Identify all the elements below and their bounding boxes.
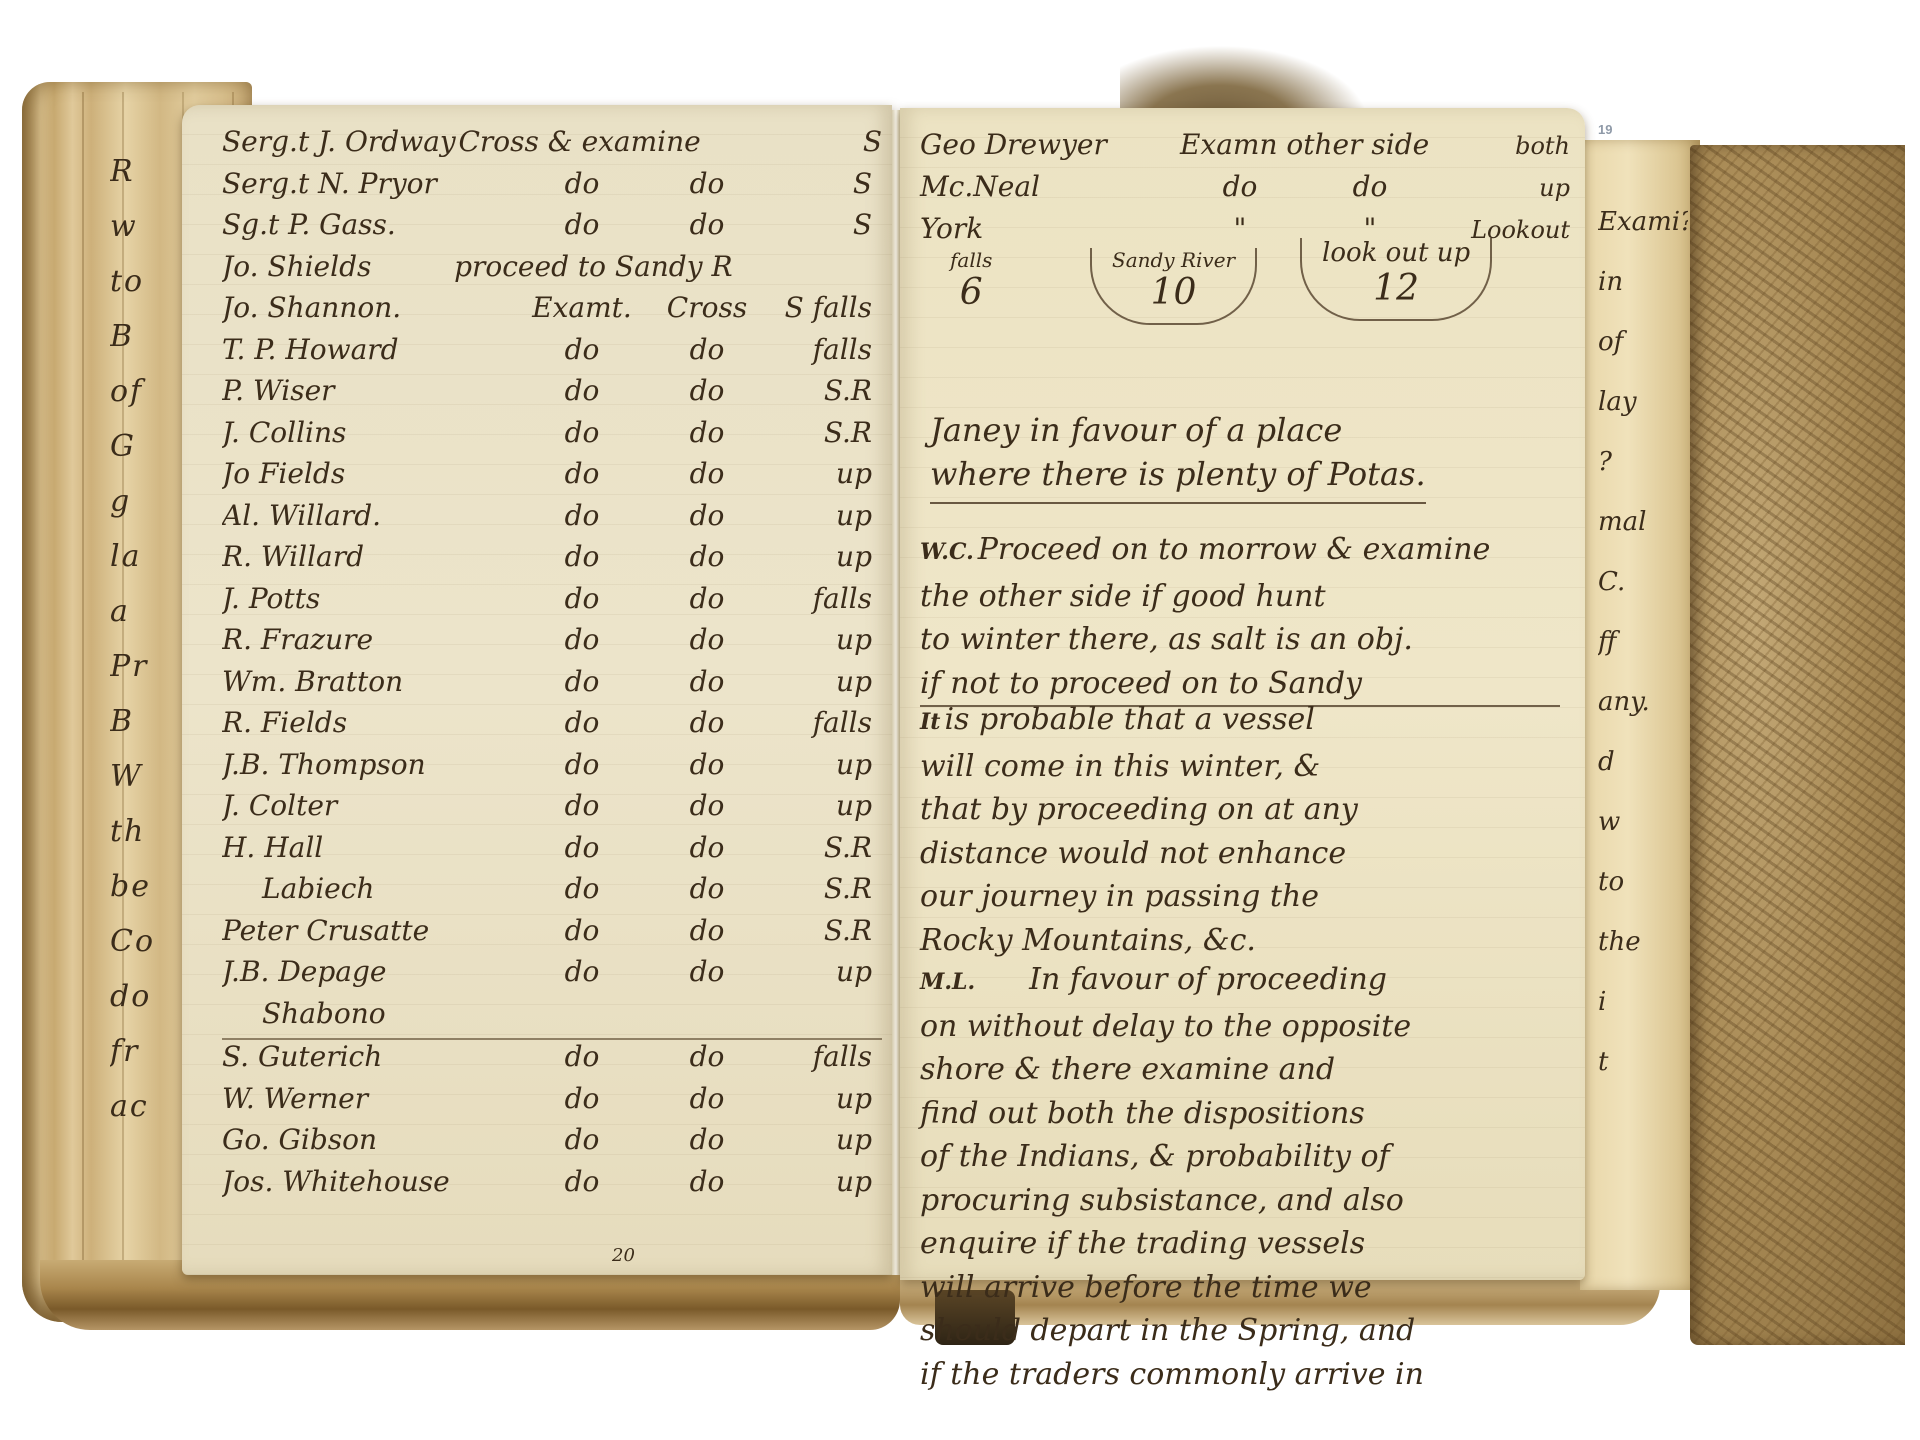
roster-col2: do: [642, 831, 772, 864]
roster-row: R. Willarddodoup: [222, 540, 882, 582]
vote-tally: falls 6 Sandy River 10 look out up 12: [940, 248, 1540, 368]
paragraph-vessel: Itis probable that a vessel will come in…: [920, 698, 1560, 962]
roster-col1: do: [522, 831, 642, 864]
tally-count: 6: [950, 272, 992, 313]
roster-col2: do: [642, 706, 772, 739]
edge-fragment: of: [1598, 320, 1688, 380]
roster-col1: do: [522, 1123, 642, 1156]
roster-col1: do: [522, 1082, 642, 1115]
roster-name: Labiech: [222, 872, 522, 905]
roster-col1: do: [522, 540, 642, 573]
roster-row: Shabono: [222, 997, 882, 1041]
edge-fragment: any.: [1598, 680, 1688, 740]
roster-col2: do: [642, 914, 772, 947]
roster-col2: do: [642, 333, 772, 366]
roster-row: S. Guterichdodofalls: [222, 1040, 882, 1082]
roster-col2: do: [642, 789, 772, 822]
paragraph-line: procuring subsistance, and also: [920, 1179, 1560, 1223]
roster-destination: up: [772, 499, 872, 532]
roster-name: Jo. Shannon.: [222, 291, 522, 324]
roster-name: J. Collins: [222, 416, 522, 449]
roster-col2: do: [642, 955, 772, 988]
roster-row: Jo. Shieldsproceed to Sandy R: [222, 250, 882, 292]
roster-name: Jo Fields: [222, 457, 522, 490]
paragraph-line: is probable that a vessel: [944, 702, 1314, 737]
roster-col2: do: [642, 623, 772, 656]
page-footer-mark: 20: [612, 1245, 635, 1266]
roster-col1: do: [522, 333, 642, 366]
roster-table: Serg.t J. OrdwayCross & examineSSerg.t N…: [222, 125, 882, 1206]
roster-name: J. Potts: [222, 582, 522, 615]
roster-col2: do: [642, 499, 772, 532]
roster-row: J. Pottsdodofalls: [222, 582, 882, 624]
leather-back-cover: [1690, 145, 1905, 1345]
page-number-right: 19: [1598, 122, 1612, 137]
roster-name: Serg.t N. Pryor: [222, 167, 522, 200]
roster-col1: Examt.: [522, 291, 642, 324]
paragraph-line: the other side if good hunt: [920, 575, 1560, 619]
roster-row: Sg.t P. Gass.dodoS: [222, 208, 882, 250]
roster-col2: do: [642, 1123, 772, 1156]
roster-row: Geo Drewyer Examn other side both: [920, 128, 1570, 170]
roster-name: Wm. Bratton: [222, 665, 522, 698]
roster-name: Go. Gibson: [222, 1123, 522, 1156]
roster-destination: S.R: [772, 831, 872, 864]
roster-col1: do: [1180, 170, 1300, 203]
roster-name: Jos. Whitehouse: [222, 1165, 522, 1198]
edge-fragment: t: [1598, 1040, 1688, 1100]
roster-col2: do: [642, 416, 772, 449]
roster-row: T. P. Howarddodofalls: [222, 333, 882, 375]
roster-name: S. Guterich: [222, 1040, 522, 1073]
roster-row: Jos. Whitehousedodoup: [222, 1165, 882, 1207]
roster-row: J. CollinsdodoS.R: [222, 416, 882, 458]
tally-count: 10: [1112, 272, 1235, 313]
janey-vote-note: Janey in favour of a place where there i…: [930, 408, 1550, 504]
janey-line: where there is plenty of Potas.: [930, 452, 1426, 504]
roster-name: J.B. Thompson: [222, 748, 522, 781]
roster-col1: do: [522, 872, 642, 905]
roster-destination: S.R: [772, 374, 872, 407]
roster-col1: do: [522, 914, 642, 947]
paragraph-line: of the Indians, & probability of: [920, 1135, 1560, 1179]
edge-fragment: lay: [1598, 380, 1688, 440]
edge-fragment: i: [1598, 980, 1688, 1040]
roster-name: Peter Crusatte: [222, 914, 522, 947]
roster-destination: up: [772, 540, 872, 573]
roster-row: J.B. Thompsondodoup: [222, 748, 882, 790]
roster-row: R. Frazuredodoup: [222, 623, 882, 665]
roster-name: Al. Willard.: [222, 499, 522, 532]
roster-col1: do: [522, 1040, 642, 1073]
roster-col1: do: [522, 582, 642, 615]
roster-name: Jo. Shields: [222, 250, 454, 283]
edge-fragment: mal: [1598, 500, 1688, 560]
roster-col2: do: [642, 748, 772, 781]
paragraph-line: find out both the dispositions: [920, 1092, 1560, 1136]
edge-fragment: in: [1598, 260, 1688, 320]
paragraph-initials: It: [920, 709, 940, 735]
roster-col1: do: [522, 665, 642, 698]
roster-destination: falls: [772, 706, 872, 739]
roster-destination: S.R: [772, 872, 872, 905]
roster-col1: do: [522, 167, 642, 200]
left-page: Serg.t J. OrdwayCross & examineSSerg.t N…: [182, 105, 892, 1275]
paragraph-line: In favour of proceeding: [979, 962, 1387, 997]
roster-col2: do: [642, 1165, 772, 1198]
edge-fragment: w: [1598, 800, 1688, 860]
roster-row: Serg.t J. OrdwayCross & examineS: [222, 125, 882, 167]
roster-destination: up: [772, 789, 872, 822]
paragraph-ml: M.L.In favour of proceeding on without d…: [920, 958, 1560, 1396]
tally-label: falls: [950, 248, 992, 272]
roster-name: W. Werner: [222, 1082, 522, 1115]
right-roster: Geo Drewyer Examn other side both Mc.Nea…: [920, 128, 1570, 254]
roster-destination: up: [772, 1082, 872, 1115]
roster-row: Jo. Shannon.Examt.CrossS falls: [222, 291, 882, 333]
roster-col2: do: [642, 374, 772, 407]
page-gutter: [892, 110, 900, 1275]
tally-sandy-river: Sandy River 10: [1090, 248, 1257, 325]
roster-destination: up: [1440, 174, 1570, 202]
tally-label: look out up: [1322, 238, 1470, 268]
janey-line: Janey in favour of a place: [930, 408, 1550, 452]
roster-col1: do: [522, 499, 642, 532]
roster-name: Sg.t P. Gass.: [222, 208, 522, 241]
paragraph-line: on without delay to the opposite: [920, 1005, 1560, 1049]
roster-destination: S.R: [772, 416, 872, 449]
paragraph-line: distance would not enhance: [920, 832, 1560, 876]
roster-name: Shabono: [222, 997, 522, 1030]
roster-name: R. Frazure: [222, 623, 522, 656]
roster-col1: do: [522, 789, 642, 822]
roster-row: Go. Gibsondodoup: [222, 1123, 882, 1165]
paragraph-line: to winter there, as salt is an obj.: [920, 618, 1560, 662]
roster-col1: do: [522, 706, 642, 739]
roster-name: York: [920, 212, 1180, 245]
roster-name: H. Hall: [222, 831, 522, 864]
edge-fragment: Exami?: [1598, 200, 1688, 260]
paragraph-line: that by proceeding on at any: [920, 788, 1560, 832]
roster-col1: proceed to Sandy R: [454, 250, 704, 283]
paragraph-wc: W.C.Proceed on to morrow & examine the o…: [920, 528, 1560, 707]
right-edge-handwriting: Exami?inoflay?malC.ffany.dwtotheit: [1598, 200, 1688, 1100]
edge-fragment: d: [1598, 740, 1688, 800]
right-page: Geo Drewyer Examn other side both Mc.Nea…: [900, 108, 1585, 1280]
edge-fragment: to: [1598, 860, 1688, 920]
roster-destination: S: [772, 208, 872, 241]
tally-label: Sandy River: [1112, 248, 1235, 272]
paragraph-line: should depart in the Spring, and: [920, 1309, 1560, 1353]
roster-row: Peter CrusattedodoS.R: [222, 914, 882, 956]
roster-row: P. WiserdodoS.R: [222, 374, 882, 416]
roster-col2: do: [642, 540, 772, 573]
roster-col2: do: [642, 1040, 772, 1073]
paragraph-line: will arrive before the time we: [920, 1266, 1560, 1310]
roster-col2: do: [642, 665, 772, 698]
roster-name: Geo Drewyer: [920, 128, 1180, 161]
roster-col1: do: [522, 457, 642, 490]
roster-destination: falls: [772, 582, 872, 615]
roster-col1: do: [522, 374, 642, 407]
roster-row: Jo Fieldsdodoup: [222, 457, 882, 499]
paragraph-line: enquire if the trading vessels: [920, 1222, 1560, 1266]
roster-destination: S falls: [772, 291, 872, 324]
roster-destination: up: [772, 955, 872, 988]
paragraph-initials: W.C.: [920, 539, 974, 565]
roster-col1: do: [522, 955, 642, 988]
roster-col2: do: [642, 582, 772, 615]
roster-name: Serg.t J. Ordway: [222, 125, 458, 158]
paragraph-line: will come in this winter, &: [920, 745, 1560, 789]
paragraph-line: our journey in passing the: [920, 875, 1560, 919]
roster-name: J.B. Depage: [222, 955, 522, 988]
roster-name: Mc.Neal: [920, 170, 1180, 203]
roster-row: J. Colterdodoup: [222, 789, 882, 831]
paragraph-line: shore & there examine and: [920, 1048, 1560, 1092]
roster-col2: do: [642, 457, 772, 490]
edge-fragment: the: [1598, 920, 1688, 980]
edge-fragment: ff: [1598, 620, 1688, 680]
roster-row: W. Wernerdodoup: [222, 1082, 882, 1124]
roster-row: Al. Willard.dodoup: [222, 499, 882, 541]
roster-row: H. HalldodoS.R: [222, 831, 882, 873]
roster-destination: up: [772, 457, 872, 490]
roster-destination: S: [803, 125, 882, 158]
roster-destination: falls: [772, 333, 872, 366]
roster-col1: do: [522, 748, 642, 781]
roster-destination: up: [772, 748, 872, 781]
roster-row: J.B. Depagedodoup: [222, 955, 882, 997]
paragraph-line: Proceed on to morrow & examine: [978, 532, 1491, 567]
edge-fragment: C.: [1598, 560, 1688, 620]
roster-col1: do: [522, 208, 642, 241]
roster-col1: do: [522, 623, 642, 656]
roster-col2: do: [642, 208, 772, 241]
roster-name: R. Fields: [222, 706, 522, 739]
roster-destination: up: [772, 665, 872, 698]
roster-col1: do: [522, 416, 642, 449]
roster-name: P. Wiser: [222, 374, 522, 407]
roster-col2: do: [1300, 170, 1440, 203]
roster-name: R. Willard: [222, 540, 522, 573]
roster-row: LabiechdodoS.R: [222, 872, 882, 914]
roster-name: T. P. Howard: [222, 333, 522, 366]
roster-row: R. Fieldsdodofalls: [222, 706, 882, 748]
roster-name: J. Colter: [222, 789, 522, 822]
roster-destination: up: [772, 1165, 872, 1198]
roster-col1: Cross & examine: [458, 125, 700, 158]
roster-destination: up: [772, 623, 872, 656]
tally-count: 12: [1322, 268, 1470, 309]
roster-row: Mc.Neal do do up: [920, 170, 1570, 212]
roster-destination: falls: [772, 1040, 872, 1073]
roster-col2: Cross: [642, 291, 772, 324]
roster-col2: do: [642, 167, 772, 200]
roster-destination: S.R: [772, 914, 872, 947]
roster-col1: do: [522, 1165, 642, 1198]
paragraph-initials: M.L.: [920, 969, 975, 995]
paragraph-line: Rocky Mountains, &c.: [920, 919, 1560, 963]
roster-destination: up: [772, 1123, 872, 1156]
roster-destination: both: [1440, 132, 1570, 160]
roster-col2: do: [642, 872, 772, 905]
roster-destination: S: [772, 167, 872, 200]
tally-lookout-up: look out up 12: [1300, 238, 1492, 321]
roster-col2: do: [642, 1082, 772, 1115]
paragraph-line: if the traders commonly arrive in: [920, 1353, 1560, 1397]
roster-col1: ": [1180, 212, 1300, 245]
roster-col1: Examn other side: [1180, 128, 1440, 161]
roster-row: Serg.t N. PryordodoS: [222, 167, 882, 209]
tally-falls: falls 6: [950, 248, 992, 313]
edge-fragment: ?: [1598, 440, 1688, 500]
roster-row: Wm. Brattondodoup: [222, 665, 882, 707]
